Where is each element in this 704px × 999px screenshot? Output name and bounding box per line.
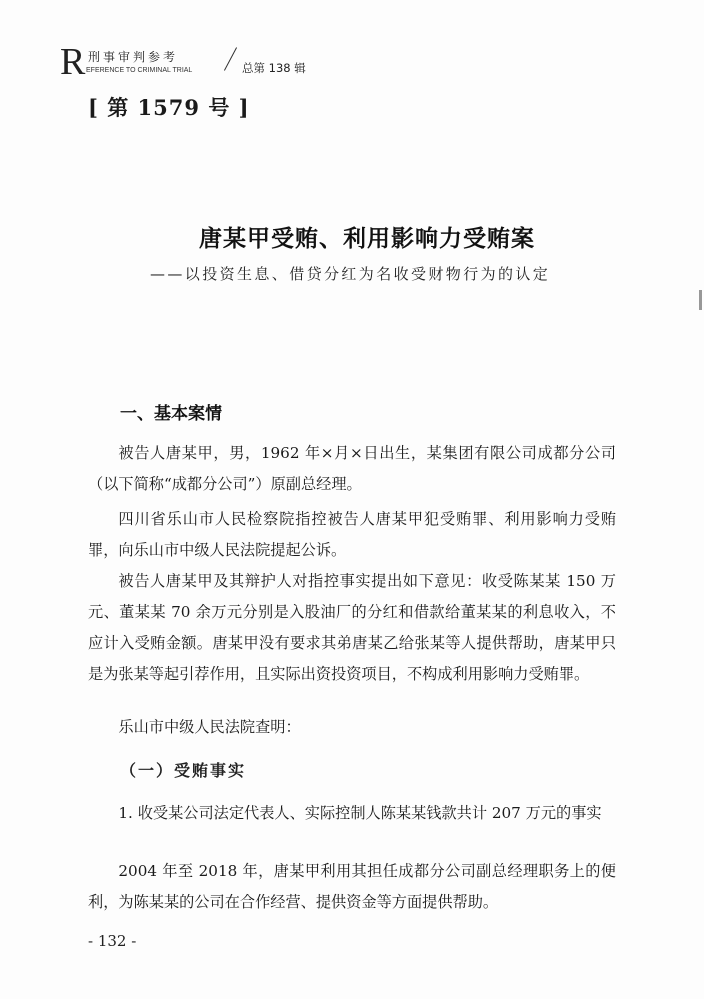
case-title: 唐某甲受贿、利用影响力受贿案 [0, 220, 704, 253]
case-number: [ 第 1579 号 ] [88, 92, 250, 122]
issue-number: 总第 138 辑 [242, 60, 306, 76]
paragraph: 乐山市中级人民法院查明： [88, 712, 616, 743]
case-subtitle: ——以投资生息、借贷分红为名收受财物行为的认定 [150, 263, 550, 284]
section-heading-basic-facts: 一、基本案情 [120, 399, 222, 424]
paragraph-text: 1. 收受某公司法定代表人、实际控制人陈某某钱款共计 207 万元的事实 [88, 798, 616, 829]
journal-logo-letter: R [60, 44, 85, 80]
paragraph-text: 2004 年至 2018 年，唐某甲利用其担任成都分公司副总经理职务上的便利，为… [88, 856, 616, 918]
journal-name-cn: 刑事审判参考 [88, 48, 178, 65]
journal-name-en: EFERENCE TO CRIMINAL TRIAL [86, 67, 192, 74]
paragraph: 1. 收受某公司法定代表人、实际控制人陈某某钱款共计 207 万元的事实 [88, 798, 616, 829]
paragraph-text: 被告人唐某甲，男，1962 年×月×日出生，某集团有限公司成都分公司（以下简称“… [88, 438, 616, 500]
paragraph-text: 乐山市中级人民法院查明： [88, 712, 616, 743]
page-number: - 132 - [88, 932, 136, 950]
header-divider [224, 47, 237, 70]
paragraph: 四川省乐山市人民检察院指控被告人唐某甲犯受贿罪、利用影响力受贿罪，向乐山市中级人… [88, 504, 616, 566]
subsection-heading-bribery-facts: （一）受贿事实 [120, 758, 246, 781]
paragraph-text: 被告人唐某甲及其辩护人对指控事实提出如下意见：收受陈某某 150 万元、董某某 … [88, 566, 616, 690]
paragraph-text: 四川省乐山市人民检察院指控被告人唐某甲犯受贿罪、利用影响力受贿罪，向乐山市中级人… [88, 504, 616, 566]
paragraph: 2004 年至 2018 年，唐某甲利用其担任成都分公司副总经理职务上的便利，为… [88, 856, 616, 918]
paragraph: 被告人唐某甲及其辩护人对指控事实提出如下意见：收受陈某某 150 万元、董某某 … [88, 566, 616, 690]
paragraph: 被告人唐某甲，男，1962 年×月×日出生，某集团有限公司成都分公司（以下简称“… [88, 438, 616, 500]
document-page: R 刑事审判参考 EFERENCE TO CRIMINAL TRIAL 总第 1… [0, 0, 704, 999]
scan-artifact [699, 290, 702, 310]
